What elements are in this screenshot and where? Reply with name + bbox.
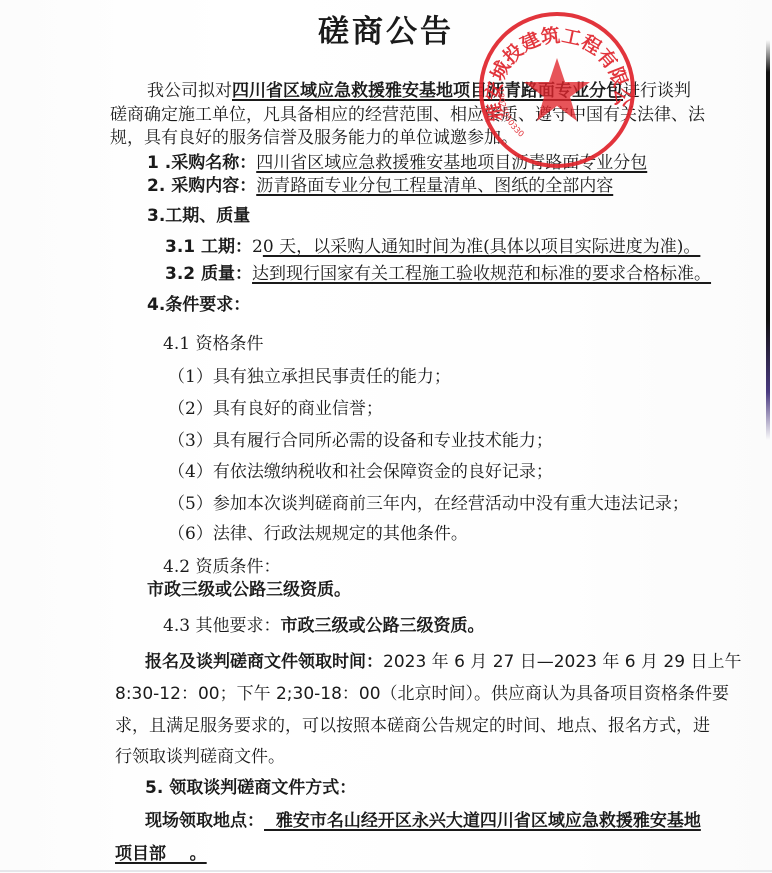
section-3-2-quality: 3.2 质量：达到现行国家有关工程施工验收规范和标准的要求合格标准。 <box>165 263 711 285</box>
intro-suffix: 进行谈判 <box>623 81 691 101</box>
section-4-heading: 4.条件要求： <box>147 294 250 316</box>
qualification-item-1: （1）具有独立承担民事责任的能力； <box>168 366 451 388</box>
scanned-document-page: 磋商公告 我公司拟对四川省区域应急救援雅安基地项目沥青路面专业分包进行谈判 磋商… <box>0 0 772 873</box>
location-value: 雅安市名山经开区永兴大道四川省区域应急救援雅安基地 <box>264 811 701 831</box>
registration-line-2: 8:30-12：00；下午 2;30-18：00（北京时间）。供应商认为具备项目… <box>115 683 729 705</box>
section-2-value: 沥青路面专业分包工程量清单、图纸的全部内容 <box>256 176 613 196</box>
intro-line-3: 规，具有良好的服务信誉及服务能力的单位诚邀参加。 <box>110 127 518 149</box>
section-2-procurement-content: 2. 采购内容：沥青路面专业分包工程量清单、图纸的全部内容 <box>147 175 613 197</box>
section-3-2-label: 3.2 质量： <box>165 264 252 284</box>
qualification-item-3: （3）具有履行合同所必需的设备和专业技术能力； <box>168 430 553 452</box>
section-4-3-label: 4.3 其他要求： <box>163 616 280 636</box>
section-4-1-heading: 4.1 资格条件 <box>163 333 263 355</box>
section-3-2-value: 达到现行国家有关工程施工验收规范和标准的要求合格标准。 <box>252 264 711 284</box>
intro-project-name: 四川省区域应急救援雅安基地项目沥青路面专业分包 <box>232 81 623 101</box>
location-label: 现场领取地点： <box>145 811 264 831</box>
section-4-3-other-requirements: 4.3 其他要求：市政三级或公路三级资质。 <box>163 615 484 637</box>
intro-line-1: 我公司拟对四川省区域应急救援雅安基地项目沥青路面专业分包进行谈判 <box>147 80 691 102</box>
page-bottom-border <box>0 870 772 872</box>
section-3-1-value: 0 天，以采购人通知时间为准(具体以项目实际进度为准)。 <box>263 237 700 257</box>
section-1-procurement-name: 1 .采购名称：四川省区域应急救援雅安基地项目沥青路面专业分包 <box>147 152 647 174</box>
section-4-2-value: 市政三级或公路三级资质。 <box>147 579 351 601</box>
section-2-label: 2. 采购内容： <box>147 176 256 196</box>
registration-line-4: 行领取谈判磋商文件。 <box>115 746 285 768</box>
qualification-item-2: （2）具有良好的商业信誉； <box>168 398 383 420</box>
section-5-location-line-2: 项目部 。 <box>115 843 207 865</box>
registration-date-range: 2023 年 6 月 27 日—2023 年 6 月 29 日上午 <box>383 652 741 672</box>
registration-line-3: 求，且满足服务要求的，可以按照本磋商公告规定的时间、地点、报名方式，进 <box>115 715 710 737</box>
qualification-item-4: （4）有依法缴纳税收和社会保障资金的良好记录； <box>168 461 553 483</box>
section-3-1-duration: 3.1 工期：20 天，以采购人通知时间为准(具体以项目实际进度为准)。 <box>165 236 700 258</box>
section-4-2-heading: 4.2 资质条件： <box>163 556 280 578</box>
section-3-heading: 3.工期、质量 <box>147 205 250 227</box>
intro-prefix: 我公司拟对 <box>147 81 232 101</box>
registration-label: 报名及谈判磋商文件领取时间： <box>145 652 383 672</box>
section-1-label: 1 .采购名称： <box>147 153 256 173</box>
section-3-1-value-prefix: 2 <box>252 237 263 257</box>
qualification-item-5: （5）参加本次谈判磋商前三年内，在经营活动中没有重大违法记录； <box>168 493 689 515</box>
qualification-item-6: （6）法律、行政法规规定的其他条件。 <box>168 523 468 545</box>
section-5-heading: 5. 领取谈判磋商文件方式： <box>145 777 356 799</box>
section-3-1-label: 3.1 工期： <box>165 237 252 257</box>
scan-edge-shadow <box>766 40 770 440</box>
section-4-3-value: 市政三级或公路三级资质。 <box>280 616 484 636</box>
section-1-value: 四川省区域应急救援雅安基地项目沥青路面专业分包 <box>256 153 647 173</box>
section-5-location-line-1: 现场领取地点： 雅安市名山经开区永兴大道四川省区域应急救援雅安基地 <box>145 810 701 832</box>
registration-line-1: 报名及谈判磋商文件领取时间：2023 年 6 月 27 日—2023 年 6 月… <box>145 651 741 673</box>
intro-line-2: 磋商确定施工单位，凡具备相应的经营范围、相应资质、遵守中国有关法律、法 <box>110 104 705 126</box>
document-title: 磋商公告 <box>0 6 772 51</box>
